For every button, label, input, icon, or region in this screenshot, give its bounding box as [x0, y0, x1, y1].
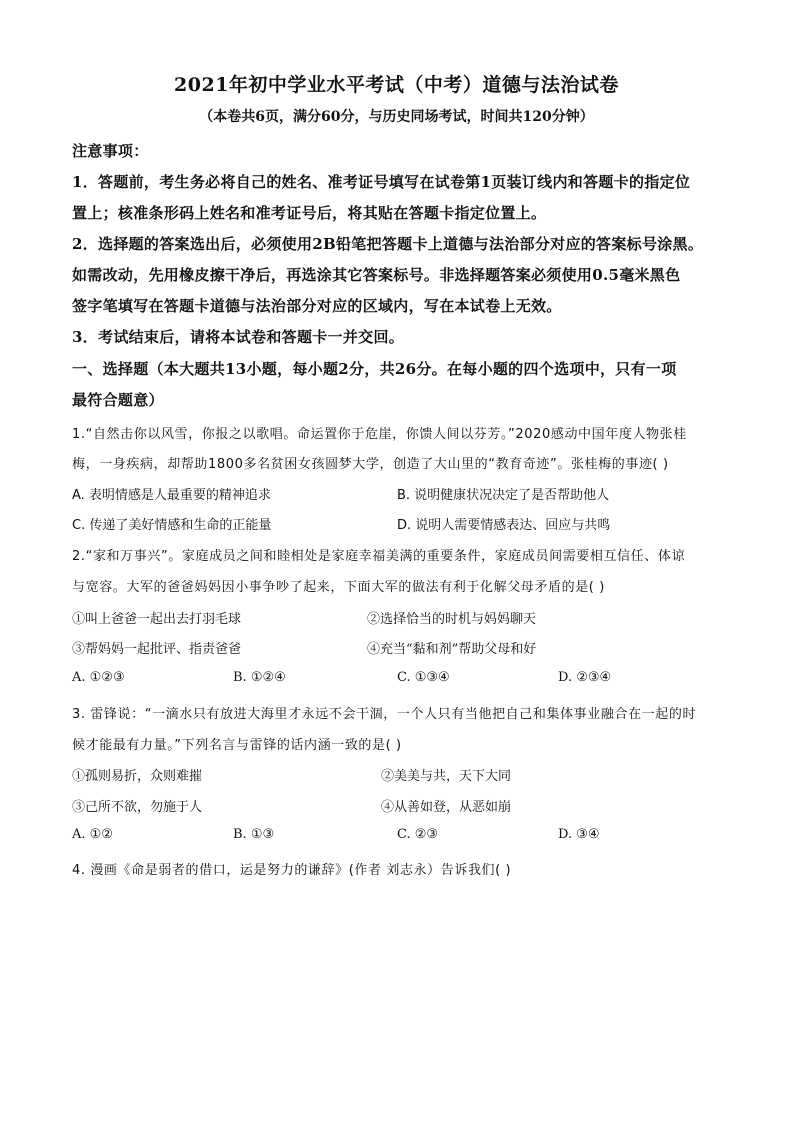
option-c: C. 传递了美好情感和生命的正能量 [72, 514, 271, 533]
statement: ③帮妈妈一起批评、指责爸爸 [72, 638, 241, 657]
statement: ④充当“黏和剂”帮助父母和好 [367, 638, 536, 657]
page-title: 2021年初中学业水平考试（中考）道德与法治试卷 [0, 70, 793, 97]
notice-line: 2．选择题的答案选出后，必须使用2B铅笔把答题卡上道德与法治部分对应的答案标号涂… [72, 233, 703, 254]
notice-line: 置上；核准条形码上姓名和准考证号后，将其贴在答题卡指定位置上。 [72, 202, 546, 223]
question-stem: 与宽容。大军的爸爸妈妈因小事争吵了起来，下面大军的做法有利于化解父母矛盾的是( … [72, 576, 605, 595]
statement: ②美美与共，天下大同 [381, 765, 511, 784]
notice-line: 签字笔填写在答题卡道德与法治部分对应的区域内，写在本试卷上无效。 [72, 295, 562, 316]
section-heading: 一、选择题（本大题共13小题，每小题2分，共26分。在每小题的四个选项中，只有一… [72, 358, 677, 379]
statement: ④从善如登，从恶如崩 [381, 796, 511, 815]
option-d: D. ②③④ [558, 670, 611, 685]
option-d: D. 说明人需要情感表达、回应与共鸣 [397, 514, 610, 533]
notice-line: 1．答题前，考生务必将自己的姓名、准考证号填写在试卷第1页装订线内和答题卡的指定… [72, 171, 690, 192]
notice-line: 3．考试结束后，请将本试卷和答题卡一并交回。 [72, 326, 404, 347]
option-a: A. 表明情感是人最重要的精神追求 [72, 484, 271, 503]
section-heading: 最符合题意） [72, 389, 164, 410]
option-a: A. ①② [72, 827, 113, 842]
statement: ②选择恰当的时机与妈妈聊天 [367, 608, 536, 627]
question-stem: 1.“自然击你以风雪，你报之以歌唱。命运置你于危崖，你馈人间以芬芳。”2020感… [72, 423, 687, 442]
option-a: A. ①②③ [72, 670, 125, 685]
question-stem: 梅，一身疾病，却帮助1800多名贫困女孩圆梦大学，创造了大山里的“教育奇迹”。张… [72, 453, 669, 472]
statement: ③己所不欲，勿施于人 [72, 796, 202, 815]
question-stem: 3. 雷锋说：“一滴水只有放进大海里才永远不会干涸，一个人只有当他把自己和集体事… [72, 703, 696, 722]
notice-line: 如需改动，先用橡皮擦干净后，再选涂其它答案标号。非选择题答案必须使用0.5毫米黑… [72, 264, 680, 285]
question-stem: 候才能最有力量。”下列名言与雷锋的话内涵一致的是( ) [72, 734, 402, 753]
option-d: D. ③④ [558, 827, 600, 842]
exam-page: 2021年初中学业水平考试（中考）道德与法治试卷 （本卷共6页，满分60分，与历… [0, 0, 793, 1122]
question-stem: 4. 漫画《命是弱者的借口，运是努力的谦辞》(作者 刘志永）告诉我们( ) [72, 859, 511, 878]
statement: ①孤则易折，众则难摧 [72, 765, 202, 784]
notice-heading: 注意事项： [72, 140, 149, 161]
statement: ①叫上爸爸一起出去打羽毛球 [72, 608, 241, 627]
question-stem: 2.“家和万事兴”。家庭成员之间和睦相处是家庭幸福美满的重要条件，家庭成员间需要… [72, 545, 685, 564]
page-subtitle: （本卷共6页，满分60分，与历史同场考试，时间共120分钟） [0, 106, 793, 126]
option-c: C. ①③④ [397, 670, 450, 685]
option-b: B. ①②④ [233, 670, 286, 685]
option-b: B. ①③ [233, 827, 274, 842]
option-c: C. ②③ [397, 827, 438, 842]
option-b: B. 说明健康状况决定了是否帮助他人 [397, 484, 609, 503]
